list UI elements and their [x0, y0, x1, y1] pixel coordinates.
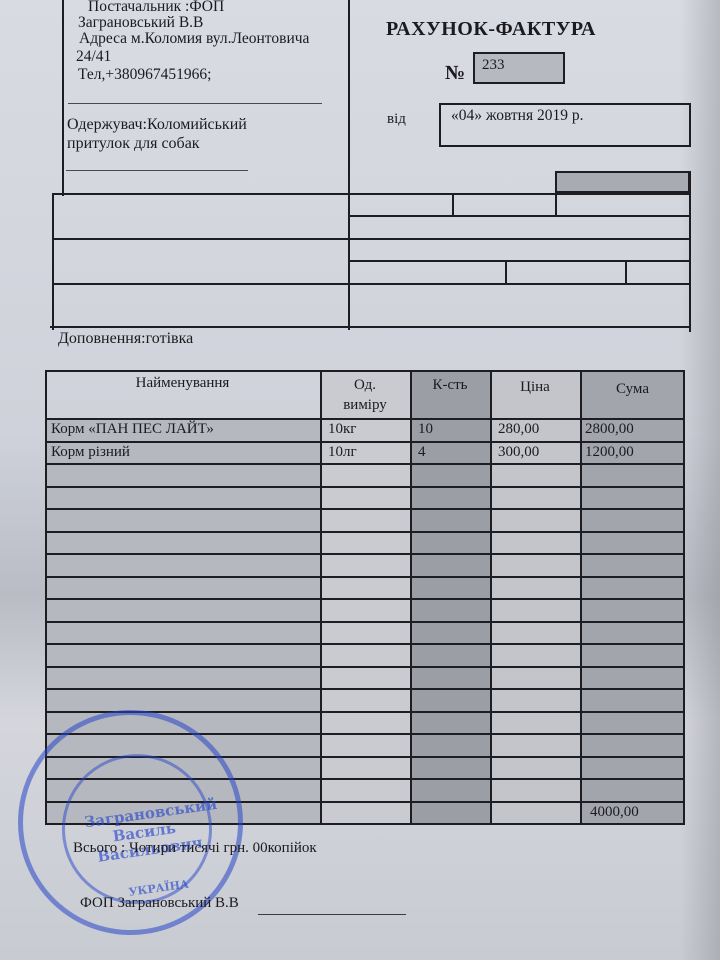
date-label: від	[387, 111, 406, 128]
frame-middle-divider	[348, 0, 350, 330]
grid-right-border	[689, 171, 691, 332]
table-row-divider	[45, 486, 685, 488]
table-row-divider	[45, 576, 685, 578]
invoice-number: 233	[482, 57, 505, 74]
grid-bottom-border	[50, 326, 691, 328]
invoice-date: «04» жовтня 2019 р.	[451, 107, 583, 125]
grid-line	[452, 193, 454, 216]
cell-qty: 4	[418, 442, 426, 462]
table-row-divider	[45, 553, 685, 555]
grid-line	[52, 283, 691, 285]
cell-price: 280,00	[498, 419, 539, 439]
header-qty: К-сть	[410, 376, 490, 395]
table-row-divider	[45, 531, 685, 533]
document-title: РАХУНОК-ФАКТУРА	[386, 18, 596, 41]
payment-note: Доповнення:готівка	[58, 330, 193, 348]
table-row-divider	[45, 598, 685, 600]
table-row-divider	[45, 463, 685, 465]
cell-name: Корм різний	[51, 442, 130, 462]
cell-sum: 1200,00	[585, 442, 634, 462]
supplier-address: Адреса м.Коломия вул.Леонтовича	[79, 29, 309, 48]
frame-left-border	[62, 0, 64, 196]
supplier-signature-line	[68, 103, 322, 104]
number-sign: №	[445, 62, 465, 85]
grid-line	[505, 261, 507, 284]
table-column-divider	[320, 370, 322, 825]
signature-label: ФОП Заграновський В.В	[80, 895, 239, 912]
supplier-address-building: 24/41	[76, 47, 111, 66]
table-row-divider	[45, 643, 685, 645]
header-name: Найменування	[45, 374, 320, 393]
signature-line[interactable]	[258, 914, 406, 915]
recipient-signature-line	[66, 170, 248, 171]
table-column-divider	[490, 370, 492, 825]
grid-line	[349, 260, 690, 262]
grid-line	[349, 215, 690, 217]
table-row-divider	[45, 666, 685, 668]
header-price: Ціна	[490, 378, 580, 397]
cell-sum: 2800,00	[585, 419, 634, 439]
total-in-words: Всього : Чотири тисячі грн. 00копійок	[73, 840, 317, 857]
table-row-divider	[45, 508, 685, 510]
cell-unit: 10кг	[328, 419, 356, 439]
table-top-border	[45, 370, 685, 372]
recipient-name: притулок для собак	[67, 134, 200, 153]
table-column-divider	[580, 370, 582, 825]
table-column-divider	[683, 370, 685, 825]
table-column-divider	[410, 370, 412, 825]
cell-price: 300,00	[498, 442, 539, 462]
grid-line	[52, 193, 691, 195]
table-row-divider	[45, 688, 685, 690]
shaded-cell	[555, 171, 690, 193]
header-unit-line1: Од.	[320, 376, 410, 395]
total-sum: 4000,00	[590, 802, 639, 822]
cell-qty: 10	[418, 419, 433, 439]
cell-name: Корм «ПАН ПЕС ЛАЙТ»	[51, 419, 214, 439]
header-sum: Сума	[580, 380, 685, 399]
invoice-number-box: 233	[473, 52, 565, 84]
supplier-phone: Тел,+380967451966;	[78, 65, 211, 84]
recipient-label: Одержувач:Коломийський	[67, 115, 247, 134]
grid-left-border	[52, 193, 54, 330]
header-unit-line2: виміру	[320, 396, 410, 415]
grid-line	[52, 238, 691, 240]
grid-line	[625, 261, 627, 284]
cell-unit: 10лг	[328, 442, 357, 462]
table-row-divider	[45, 621, 685, 623]
invoice-date-box: «04» жовтня 2019 р.	[439, 103, 691, 147]
